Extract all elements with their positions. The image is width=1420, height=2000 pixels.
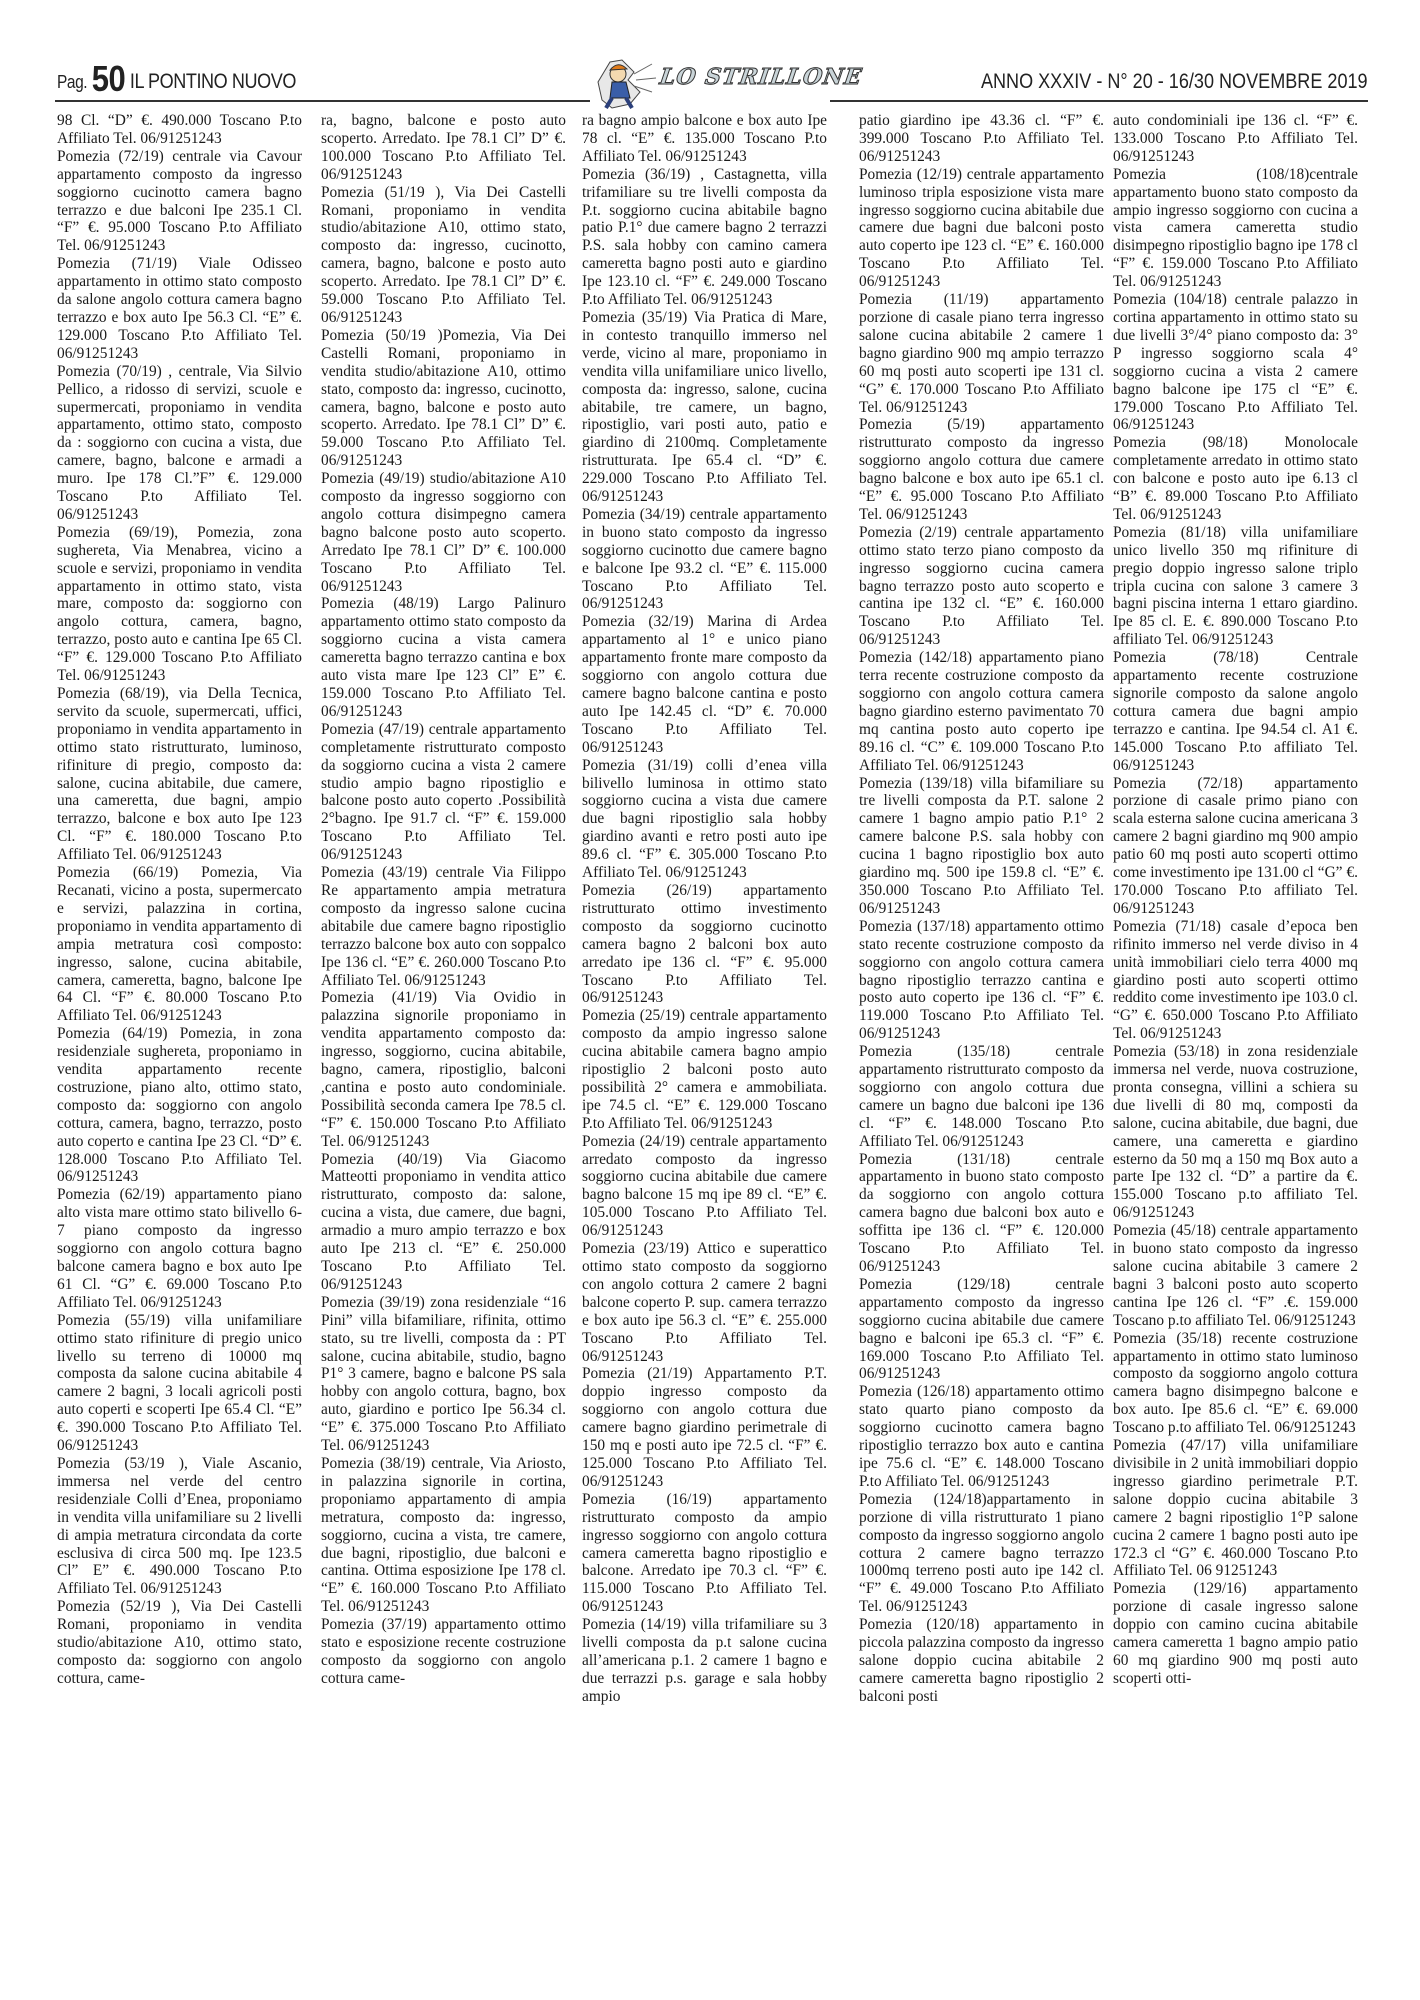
listing: Pomezia (68/19), via Della Tecnica, serv… [57,685,302,864]
listing: Pomezia (35/19) Via Pratica di Mare, in … [582,309,827,506]
listing: Pomezia (71/19) Viale Odisseo appartamen… [57,255,302,362]
listing: Pomezia (11/19) appartamento porzione di… [859,291,1104,416]
listing: Pomezia (120/18) appartamento in piccola… [859,1616,1104,1706]
listing: Pomezia (78/18) Centrale appartamento re… [1113,649,1358,774]
listing: Pomezia (36/19) , Castagnetta, villa tri… [582,166,827,309]
listing: Pomezia (24/19) centrale appartamento ar… [582,1133,827,1240]
listing: Pomezia (108/18)centrale appartamento bu… [1113,166,1358,291]
listing: Pomezia (47/19) centrale appartamento co… [321,721,566,864]
listing: Pomezia (16/19) appartamento ristruttura… [582,1491,827,1616]
listing: Pomezia (70/19) , centrale, Via Silvio P… [57,363,302,524]
listing: Pomezia (43/19) centrale Via Filippo Re … [321,864,566,989]
listing: Pomezia (142/18) appartamento piano terr… [859,649,1104,774]
listing: Pomezia (32/19) Marina di Ardea appartam… [582,613,827,756]
listing: Pomezia (23/19) Attico e superattico ott… [582,1240,827,1365]
issue-info: ANNO XXXIV - N° 20 - 16/30 NOVEMBRE 2019 [981,70,1368,94]
listing: Pomezia (41/19) Via Ovidio in palazzina … [321,989,566,1150]
listing: Pomezia (51/19 ), Via Dei Castelli Roman… [321,184,566,327]
listing: Pomezia (139/18) villa bifamiliare su tr… [859,775,1104,918]
listing: Pomezia (40/19) Via Giacomo Matteotti pr… [321,1151,566,1294]
listing: ra bagno ampio balcone e box auto Ipe 78… [582,112,827,166]
column-4: patio giardino ipe 43.36 cl. “F” €. 399.… [859,112,1104,1706]
listing: Pomezia (129/16) appartamento porzione d… [1113,1580,1358,1687]
publication-name: IL PONTINO NUOVO [130,70,296,93]
listing: Pomezia (37/19) appartamento ottimo stat… [321,1616,566,1688]
listing: Pomezia (129/18) centrale appartamento c… [859,1276,1104,1383]
listing: Pomezia (14/19) villa trifamiliare su 3 … [582,1616,827,1706]
listing: Pomezia (34/19) centrale appartamento in… [582,506,827,613]
header-rule-left [55,100,590,102]
listing: Pomezia (64/19) Pomezia, in zona residen… [57,1025,302,1186]
header-rule-right [830,100,1368,102]
page-folio: Pag. 50 IL PONTINO NUOVO [57,64,296,94]
listing: Pomezia (81/18) villa unifamiliare unico… [1113,524,1358,649]
listing: Pomezia (39/19) zona residenziale “16 Pi… [321,1294,566,1455]
column-2: ra, bagno, balcone e posto auto scoperto… [321,112,566,1688]
column-5: auto condominiali ipe 136 cl. “F” €. 133… [1113,112,1358,1688]
listing: Pomezia (104/18) centrale palazzo in cor… [1113,291,1358,434]
listing: Pomezia (53/18) in zona residenziale imm… [1113,1043,1358,1222]
listing: Pomezia (26/19) appartamento ristruttura… [582,882,827,1007]
listing: Pomezia (2/19) centrale appartamento ott… [859,524,1104,649]
listing: Pomezia (72/18) appartamento porzione di… [1113,775,1358,918]
listing: Pomezia (71/18) casale d’epoca ben rifin… [1113,918,1358,1043]
listing: Pomezia (50/19 )Pomezia, Via Dei Castell… [321,327,566,470]
lo-strillone-logo: LO STRILLONE [590,52,830,112]
listing: Pomezia (35/18) recente costruzione appa… [1113,1330,1358,1437]
column-1: 98 Cl. “D” €. 490.000 Toscano P.to Affil… [57,112,302,1688]
listing: Pomezia (38/19) centrale, Via Ariosto, i… [321,1455,566,1616]
listing: auto condominiali ipe 136 cl. “F” €. 133… [1113,112,1358,166]
listing: 98 Cl. “D” €. 490.000 Toscano P.to Affil… [57,112,302,148]
listing: Pomezia (126/18) appartamento ottimo sta… [859,1383,1104,1490]
listing: Pomezia (21/19) Appartamento P.T. doppio… [582,1365,827,1490]
listing: Pomezia (69/19), Pomezia, zona sughereta… [57,524,302,685]
listing: Pomezia (12/19) centrale appartamento lu… [859,166,1104,291]
listing: Pomezia (124/18)appartamento in porzione… [859,1491,1104,1616]
listing: Pomezia (72/19) centrale via Cavour appa… [57,148,302,255]
listing: Pomezia (49/19) studio/abitazione A10 co… [321,470,566,595]
page-prefix: Pag. [57,72,87,92]
listing: Pomezia (45/18) centrale appartamento in… [1113,1222,1358,1329]
listing: ra, bagno, balcone e posto auto scoperto… [321,112,566,184]
listing: Pomezia (135/18) centrale appartamento r… [859,1043,1104,1150]
listing: Pomezia (31/19) colli d’enea villa biliv… [582,757,827,882]
listing: Pomezia (52/19 ), Via Dei Castelli Roman… [57,1598,302,1688]
newsboy-icon [590,52,670,112]
listing: patio giardino ipe 43.36 cl. “F” €. 399.… [859,112,1104,166]
listing: Pomezia (47/17) villa unifamiliare divis… [1113,1437,1358,1580]
listing: Pomezia (53/19 ), Viale Ascanio, immersa… [57,1455,302,1598]
listing: Pomezia (131/18) centrale appartamento i… [859,1151,1104,1276]
listing: Pomezia (98/18) Monolocale completamente… [1113,434,1358,524]
page-header: Pag. 50 IL PONTINO NUOVO LO STRILLONE AN… [55,58,1368,106]
listing: Pomezia (137/18) appartamento ottimo sta… [859,918,1104,1043]
page-number: 50 [92,58,126,99]
listing: Pomezia (62/19) appartamento piano alto … [57,1186,302,1311]
listing: Pomezia (66/19) Pomezia, Via Recanati, v… [57,864,302,1025]
listing: Pomezia (55/19) villa unifamiliare ottim… [57,1312,302,1455]
listing: Pomezia (5/19) appartamento ristrutturat… [859,416,1104,523]
column-3: ra bagno ampio balcone e box auto Ipe 78… [582,112,827,1706]
logo-text: LO STRILLONE [658,64,864,90]
listing: Pomezia (25/19) centrale appartamento co… [582,1007,827,1132]
listing: Pomezia (48/19) Largo Palinuro appartame… [321,595,566,720]
